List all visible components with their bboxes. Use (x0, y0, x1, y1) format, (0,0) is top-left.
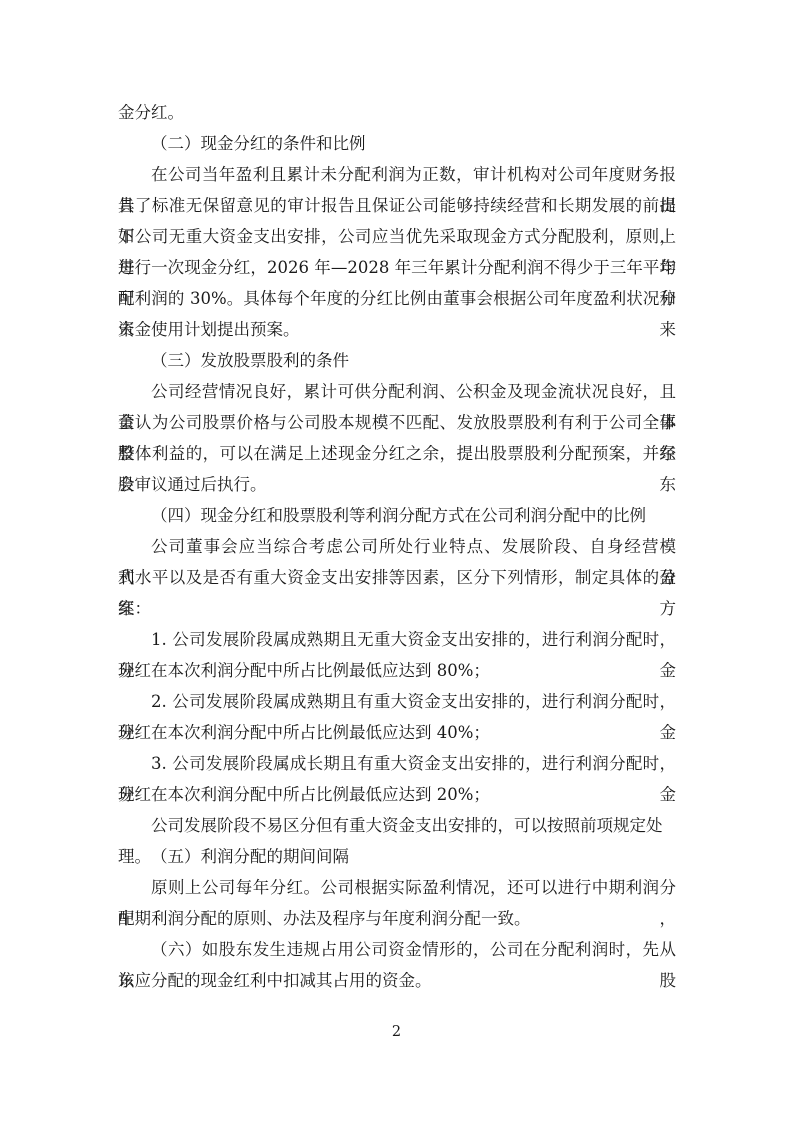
text-line: 配利润的 30%。具体每个年度的分红比例由董事会根据公司年度盈利状况和未来 (118, 283, 676, 314)
text-line: 公司发展阶段不易区分但有重大资金支出安排的，可以按照前项规定处理。 (118, 810, 676, 841)
paragraph-list-item: 1. 公司发展阶段属成熟期且无重大资金支出安排的，进行利润分配时，现金分红在本次… (118, 624, 676, 686)
paragraph-body: 公司董事会应当综合考虑公司所处行业特点、发展阶段、自身经营模式、盈利水平以及是否… (118, 531, 676, 624)
text-line: 原则上公司每年分红。公司根据实际盈利情况，还可以进行中期利润分配， (118, 872, 676, 903)
text-line: 在公司当年盈利且累计未分配利润为正数，审计机构对公司年度财务报告出 (118, 159, 676, 190)
text-line: （五）利润分配的期间间隔 (118, 841, 676, 872)
page-number: 2 (0, 1022, 793, 1042)
document-content: 金分红。（二）现金分红的条件和比例在公司当年盈利且累计未分配利润为正数，审计机构… (118, 97, 676, 996)
paragraph-list-item: 3. 公司发展阶段属成长期且有重大资金支出安排的，进行利润分配时，现金分红在本次… (118, 748, 676, 810)
text-line: 进行一次现金分红，2026 年—2028 年三年累计分配利润不得少于三年平均可分 (118, 252, 676, 283)
text-line: 如公司无重大资金支出安排，公司应当优先采取现金方式分配股利，原则上每年 (118, 221, 676, 252)
paragraph-section-heading: （四）现金分红和股票股利等利润分配方式在公司利润分配中的比例 (118, 500, 676, 531)
text-line: 2. 公司发展阶段属成熟期且有重大资金支出安排的，进行利润分配时，现金 (118, 686, 676, 717)
text-line: （四）现金分红和股票股利等利润分配方式在公司利润分配中的比例 (118, 500, 676, 531)
paragraph-body: （六）如股东发生违规占用公司资金情形的，公司在分配利润时，先从该股东应分配的现金… (118, 934, 676, 996)
text-line: （三）发放股票股利的条件 (118, 345, 676, 376)
paragraph-body: 公司经营情况良好，累计可供分配利润、公积金及现金流状况良好，且董事会认为公司股票… (118, 376, 676, 500)
paragraph-section-heading: （三）发放股票股利的条件 (118, 345, 676, 376)
text-line: 利水平以及是否有重大资金支出安排等因素，区分下列情形，制定具体的分红方 (118, 562, 676, 593)
text-line: 具了标准无保留意见的审计报告且保证公司能够持续经营和长期发展的前提下， (118, 190, 676, 221)
text-line: （六）如股东发生违规占用公司资金情形的，公司在分配利润时，先从该股 (118, 934, 676, 965)
text-line: （二）现金分红的条件和比例 (118, 128, 676, 159)
text-line: 公司经营情况良好，累计可供分配利润、公积金及现金流状况良好，且董事 (118, 376, 676, 407)
paragraph-body: 在公司当年盈利且累计未分配利润为正数，审计机构对公司年度财务报告出具了标准无保留… (118, 159, 676, 345)
text-line: 公司董事会应当综合考虑公司所处行业特点、发展阶段、自身经营模式、盈 (118, 531, 676, 562)
text-line: 3. 公司发展阶段属成长期且有重大资金支出安排的，进行利润分配时，现金 (118, 748, 676, 779)
text-line: 会认为公司股票价格与公司股本规模不匹配、发放股票股利有利于公司全体股东 (118, 407, 676, 438)
paragraph-list-item: 2. 公司发展阶段属成熟期且有重大资金支出安排的，进行利润分配时，现金分红在本次… (118, 686, 676, 748)
paragraph-continuation: 金分红。 (118, 97, 676, 128)
paragraph-body: 公司发展阶段不易区分但有重大资金支出安排的，可以按照前项规定处理。 (118, 810, 676, 841)
text-line: 金分红。 (118, 97, 676, 128)
document-page: 金分红。（二）现金分红的条件和比例在公司当年盈利且累计未分配利润为正数，审计机构… (0, 0, 793, 1122)
text-line: 1. 公司发展阶段属成熟期且无重大资金支出安排的，进行利润分配时，现金 (118, 624, 676, 655)
paragraph-body: 原则上公司每年分红。公司根据实际盈利情况，还可以进行中期利润分配，中期利润分配的… (118, 872, 676, 934)
paragraph-section-heading: （二）现金分红的条件和比例 (118, 128, 676, 159)
paragraph-section-heading: （五）利润分配的期间间隔 (118, 841, 676, 872)
text-line: 整体利益的，可以在满足上述现金分红之余，提出股票股利分配预案，并经股东 (118, 438, 676, 469)
